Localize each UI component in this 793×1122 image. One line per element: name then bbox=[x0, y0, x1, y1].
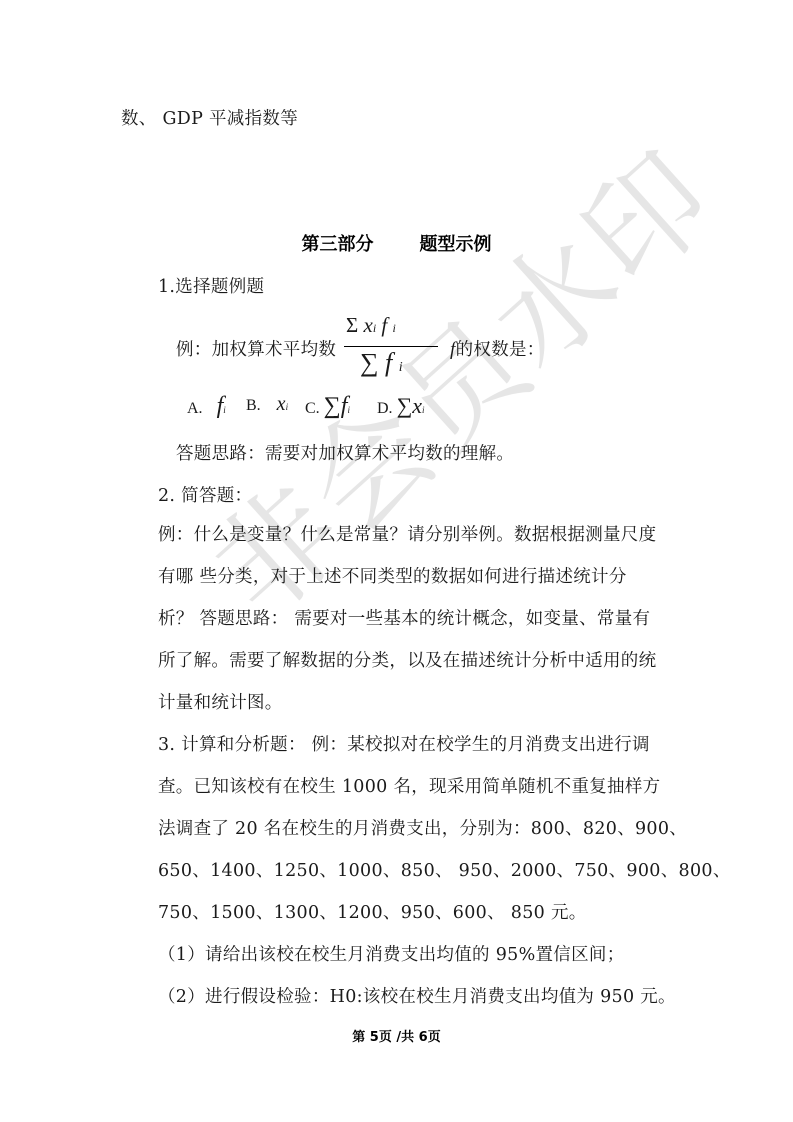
option-c: C. ∑fi bbox=[305, 393, 350, 420]
formula-denominator: ∑ f i bbox=[360, 348, 403, 378]
q1-prompt-prefix: 例：加权算术平均数 bbox=[176, 336, 336, 361]
fraction-bar bbox=[344, 346, 438, 347]
q3-line: 750、1500、1300、1200、950、600、 850 元。 bbox=[158, 899, 587, 924]
option-sub: i bbox=[286, 402, 289, 412]
q3-line: 查。已知该校有在校生 1000 名，现采用简单随机不重复抽样方 bbox=[158, 773, 660, 798]
q2-line: 析？ 答题思路： 需要对一些基本的统计概念，如变量、常量有 bbox=[158, 605, 650, 630]
section-name: 题型示例 bbox=[420, 230, 492, 256]
option-expr: ∑f bbox=[324, 393, 348, 419]
q3-sub-question-1: （1）请给出该校在校生月消费支出均值的 95%置信区间； bbox=[158, 941, 625, 966]
sub-i: i bbox=[393, 321, 396, 335]
option-expr: ∑x bbox=[397, 393, 422, 418]
document-page: 非会员水印 数、 GDP 平减指数等 第三部分题型示例 1.选择题例题 例：加权… bbox=[0, 0, 793, 1122]
option-sub: i bbox=[223, 405, 226, 415]
q2-line: 例：什么是变量？什么是常量？请分别举例。数据根据测量尺度 bbox=[158, 521, 656, 546]
continuation-line: 数、 GDP 平减指数等 bbox=[121, 105, 298, 130]
option-label: C. bbox=[305, 400, 320, 417]
q2-line: 有哪 些分类，对于上述不同类型的数据如何进行描述统计分 bbox=[158, 563, 627, 588]
var-f: f bbox=[381, 313, 387, 337]
sigma-symbol: ∑ bbox=[360, 348, 379, 377]
q2-line: 所了解。需要了解数据的分类，以及在描述统计分析中适用的统 bbox=[158, 647, 656, 672]
q3-sub-question-2: （2）进行假设检验：H0:该校在校生月消费支出均值为 950 元。 bbox=[158, 983, 676, 1008]
section-title: 第三部分题型示例 bbox=[0, 230, 793, 256]
sigma-symbol: Σ bbox=[346, 313, 358, 337]
option-label: D. bbox=[377, 400, 393, 417]
q3-line: 650、1400、1250、1000、850、 950、2000、750、900… bbox=[158, 857, 731, 882]
sub-i: i bbox=[399, 360, 403, 375]
option-sub: i bbox=[422, 405, 425, 415]
option-b: B. xi bbox=[246, 393, 288, 416]
option-d: D. ∑xi bbox=[377, 393, 425, 419]
q2-heading: 2. 简答题： bbox=[158, 482, 252, 507]
page-footer: 第 5页 /共 6页 bbox=[0, 1026, 793, 1045]
sub-i: i bbox=[373, 321, 376, 335]
option-a: A. fi bbox=[187, 393, 226, 420]
prompt-suffix: 的权数是： bbox=[456, 340, 545, 360]
option-label: A. bbox=[187, 400, 203, 417]
q1-prompt-suffix: f的权数是： bbox=[450, 336, 545, 361]
q3-line: 3. 计算和分析题： 例：某校拟对在校学生的月消费支出进行调 bbox=[158, 731, 650, 756]
option-label: B. bbox=[246, 397, 261, 414]
option-expr: x bbox=[277, 393, 286, 415]
q1-answer-hint: 答题思路：需要对加权算术平均数的理解。 bbox=[176, 440, 514, 465]
q2-line: 计量和统计图。 bbox=[158, 689, 283, 714]
var-f: f bbox=[385, 348, 392, 377]
formula-numerator: Σ xi f i bbox=[346, 313, 396, 338]
var-x: x bbox=[363, 313, 372, 337]
section-part: 第三部分 bbox=[302, 230, 374, 256]
q1-heading: 1.选择题例题 bbox=[158, 273, 264, 298]
option-sub: i bbox=[347, 405, 350, 415]
q3-line: 法调查了 20 名在校生的月消费支出，分别为：800、820、900、 bbox=[158, 815, 687, 840]
